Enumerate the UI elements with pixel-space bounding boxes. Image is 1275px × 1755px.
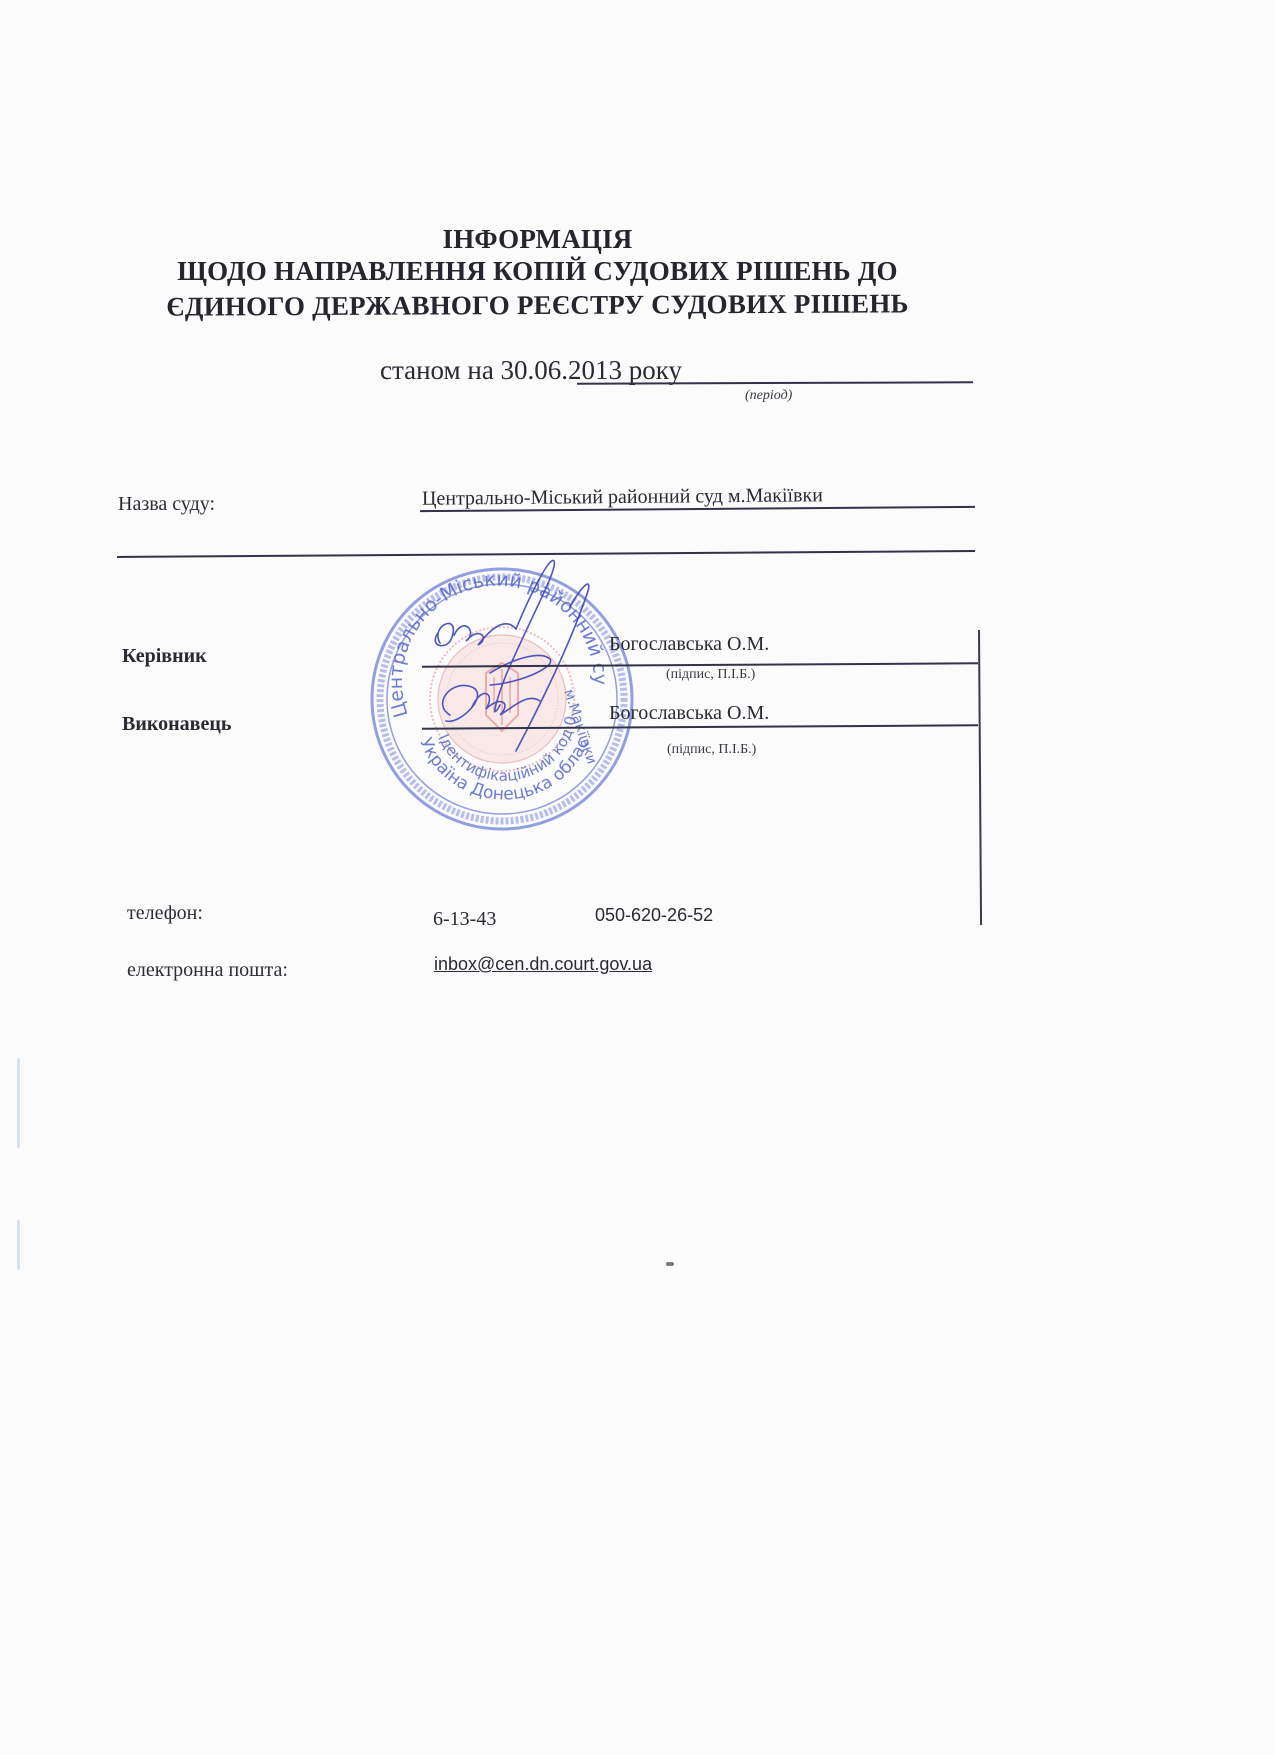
phone-number-2: 050-620-26-52 <box>595 905 713 926</box>
handwritten-signature <box>420 555 620 765</box>
document-title-line-1: ІНФОРМАЦІЯ <box>0 222 1075 256</box>
signatory-name-head: Богославська О.М. <box>609 633 769 656</box>
signatory-role-executor: Виконавець <box>122 713 231 736</box>
period-caption: (період) <box>745 388 792 404</box>
phone-label: телефон: <box>127 902 203 925</box>
period-text: станом на 30.06.2013 року <box>380 355 682 386</box>
email-address: inbox@cen.dn.court.gov.ua <box>434 954 652 975</box>
email-label: електронна пошта: <box>127 959 288 982</box>
period-underline <box>577 381 973 384</box>
signatory-name-executor: Богославська О.М. <box>609 702 769 725</box>
scan-artifact <box>17 1220 20 1270</box>
phone-number-1: 6-13-43 <box>433 908 496 931</box>
signature-caption-head: (підпис, П.І.Б.) <box>666 667 755 683</box>
vertical-border-line <box>978 630 982 925</box>
document-title-line-3: ЄДИНОГО ДЕРЖАВНОГО РЕЄСТРУ СУДОВИХ РІШЕН… <box>0 286 1075 325</box>
scanned-document-page: ІНФОРМАЦІЯ ЩОДО НАПРАВЛЕННЯ КОПІЙ СУДОВИ… <box>0 0 1275 1755</box>
document-title-line-2: ЩОДО НАПРАВЛЕННЯ КОПІЙ СУДОВИХ РІШЕНЬ ДО <box>0 254 1075 288</box>
signatory-role-head: Керівник <box>122 645 207 668</box>
scan-artifact <box>17 1058 20 1148</box>
signature-caption-executor: (підпис, П.І.Б.) <box>667 742 756 758</box>
scan-speck <box>666 1262 674 1266</box>
court-name-label: Назва суду: <box>118 493 215 516</box>
